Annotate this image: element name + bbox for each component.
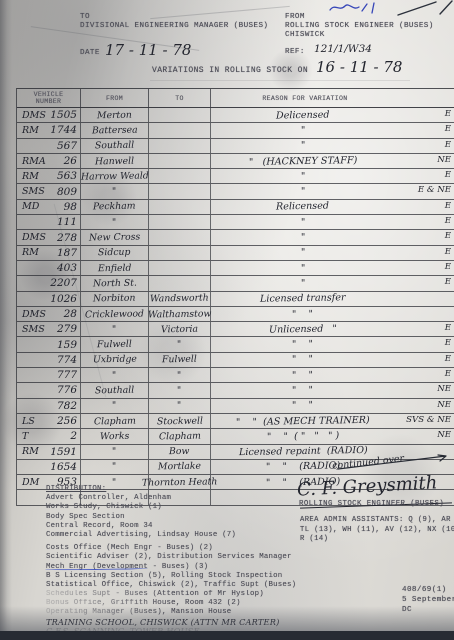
to-garage: ": [177, 385, 181, 396]
distribution-line: Scientific Adviser (2), Distribution Ser…: [46, 553, 346, 562]
date-label: DATE: [80, 49, 100, 57]
variation-reason: Licensed transfer: [260, 292, 346, 304]
entitlement-code: E: [445, 140, 451, 150]
vehicle-number: 774: [57, 354, 77, 366]
from-garage: ": [112, 370, 116, 381]
vehicle-class: T: [22, 431, 28, 442]
entitlement-code: E: [445, 338, 451, 348]
variation-reason: " ": [292, 385, 313, 396]
from-garage: ": [112, 186, 116, 197]
from-garage: Fulwell: [97, 339, 132, 351]
entitlement-code: E: [445, 262, 451, 272]
vehicle-number: 567: [57, 140, 77, 152]
vehicle-number: 279: [57, 323, 77, 335]
entitlement-code: NE: [437, 400, 451, 410]
vehicle-number: 1654: [50, 461, 77, 473]
vehicle-class: DMS: [22, 232, 46, 243]
table-row: RM 1744 Battersea " E: [17, 123, 454, 138]
variation-reason: ": [301, 171, 306, 182]
continued-arrow-icon: [336, 450, 454, 472]
vehicle-class: LS: [22, 416, 35, 427]
col-header-reason: REASON FOR VARIATION: [211, 89, 454, 107]
variation-reason: Delicensed: [276, 109, 330, 121]
vehicle-number: 1505: [50, 109, 77, 121]
variation-reason: ": [301, 140, 306, 151]
vehicle-number: 1026: [50, 293, 77, 305]
distribution-line: Costs Office (Mech Engr - Buses) (2): [46, 544, 346, 553]
entitlement-code: E: [445, 216, 451, 226]
from-garage: Harrow Weald: [81, 170, 149, 182]
vehicle-class: DMS: [22, 309, 46, 320]
distribution-line: Statistical Office, Chiswick (2), Traffi…: [46, 581, 346, 590]
entitlement-code: E: [445, 109, 451, 119]
vehicle-class: RM: [22, 171, 39, 182]
entitlement-code: NE: [437, 430, 451, 440]
vehicle-number: 278: [57, 232, 77, 244]
table-row: 111 " " E: [17, 215, 454, 230]
vehicle-number: 782: [57, 400, 77, 412]
vehicle-number: 2207: [50, 277, 77, 289]
variation-reason: " ": [292, 339, 313, 350]
vehicle-number: 187: [57, 247, 77, 259]
vehicle-class: DM: [22, 477, 39, 488]
from-garage: Clapham: [93, 415, 135, 427]
vehicle-class: SMS: [22, 324, 45, 335]
variation-reason: " " ( " " " ): [267, 430, 339, 442]
variation-reason: " ": [292, 308, 313, 319]
distribution-line: Body Spec Section: [46, 513, 346, 522]
from-garage: Enfield: [98, 262, 132, 274]
variation-reason: ": [301, 278, 306, 289]
table-row: RM 187 Sidcup " E: [17, 246, 454, 261]
from-garage: Southall: [95, 140, 134, 152]
entitlement-code: NE: [437, 384, 451, 394]
variation-reason: ": [301, 217, 306, 228]
vehicle-number: 111: [57, 216, 77, 228]
entitlement-code: E: [445, 323, 451, 333]
variation-reason: Relicensed: [276, 201, 329, 213]
distribution-line: Works Study, Chiswick (1): [46, 503, 346, 512]
vehicle-class: SMS: [22, 186, 45, 197]
table-header-row: VEHICLE NUMBER FROM TO REASON FOR VARIAT…: [17, 89, 454, 108]
distribution-line: Schedules Supt - Buses (Attention of Mr …: [46, 590, 346, 599]
vehicle-number: 777: [57, 369, 77, 381]
entitlement-code: E: [445, 354, 451, 364]
to-garage: Bow: [169, 446, 190, 457]
variations-table: VEHICLE NUMBER FROM TO REASON FOR VARIAT…: [16, 88, 454, 506]
vehicle-class: RMA: [22, 156, 46, 167]
table-row: 1026 Norbiton Wandsworth Licensed transf…: [17, 292, 454, 307]
variation-reason: " ": [292, 370, 313, 381]
scanned-memo-page: TO DIVISIONAL ENGINEERING MANAGER (BUSES…: [0, 0, 454, 640]
distribution-line: B S Licensing Section (5), Rolling Stock…: [46, 572, 346, 581]
distribution-line: Advert Controller, Aldenham: [46, 494, 346, 503]
table-row: 159 Fulwell " " " E: [17, 337, 454, 352]
variation-reason: ": [301, 247, 306, 258]
to-garage: Fulwell: [162, 354, 197, 366]
from-garage: Peckham: [93, 201, 136, 213]
vehicle-number: 1744: [50, 124, 77, 136]
from-garage: ": [112, 217, 116, 228]
pen-scribble-icon: [328, 1, 376, 15]
entitlement-code: E: [445, 369, 451, 379]
to-garage: ": [177, 339, 181, 350]
scan-bottom-edge: [0, 631, 454, 640]
table-row: 782 " " " " NE: [17, 399, 454, 414]
to-garage: Clapham: [158, 431, 200, 443]
table-row: 403 Enfield " E: [17, 261, 454, 276]
from-garage: Southall: [95, 385, 134, 397]
entitlement-code: E: [445, 247, 451, 257]
to-garage: Walthamstow: [148, 308, 212, 320]
vehicle-number: 403: [57, 262, 77, 274]
from-garage: New Cross: [89, 232, 140, 244]
vehicle-number: 809: [57, 186, 77, 198]
col-header-vehicle-number: VEHICLE NUMBER: [17, 89, 81, 107]
table-row: 2207 North St. " E: [17, 276, 454, 291]
from-label: FROM: [285, 13, 305, 21]
to-garage: Victoria: [161, 323, 198, 335]
to-garage: Stockwell: [156, 415, 202, 427]
from-garage: Battersea: [92, 125, 138, 137]
bottom-page-shadow: [0, 606, 454, 632]
entitlement-code: E: [445, 231, 451, 241]
date-value-handwritten: 17 - 11 - 78: [105, 41, 191, 59]
from-garage: North St.: [92, 278, 136, 290]
vehicle-number: 776: [57, 384, 77, 396]
entitlement-code: SVS & NE: [406, 415, 451, 425]
variation-reason: ": [301, 125, 306, 136]
memo-title-date: 16 - 11 - 78: [316, 58, 402, 76]
vehicle-number: 1591: [50, 446, 77, 458]
table-row: T 2 Works Clapham " " ( " " " ) NE: [17, 429, 454, 444]
table-row: SMS 279 " Victoria Unlicensed " E: [17, 322, 454, 337]
entitlement-code: E & NE: [418, 185, 451, 195]
entitlement-code: E: [445, 170, 451, 180]
distribution-line: Central Record, Room 34: [46, 522, 346, 531]
vehicle-number: 256: [57, 415, 77, 427]
from-garage: Norbiton: [93, 293, 136, 305]
table-row: DMS 278 New Cross " E: [17, 230, 454, 245]
vehicle-class: RM: [22, 125, 39, 136]
variation-reason: " " (RADIO): [266, 461, 340, 473]
entitlement-code: E: [445, 124, 451, 134]
to-garage: ": [177, 400, 181, 411]
vehicle-class: MD: [22, 201, 39, 212]
variation-reason: " ": [292, 400, 313, 411]
table-row: DMS 1505 Merton Delicensed E: [17, 108, 454, 123]
variation-reason: Unlicensed ": [269, 323, 337, 335]
distribution-line: Commercial Advertising, Lindsay House (7…: [46, 531, 346, 540]
table-body: DMS 1505 Merton Delicensed E RM 1744 Bat…: [17, 108, 454, 506]
vehicle-number: 159: [57, 339, 77, 351]
to-garage: Mortlake: [158, 461, 201, 473]
footer-date: 5 September 1977: [402, 596, 454, 604]
vehicle-number: 28: [64, 308, 77, 320]
from-garage: ": [112, 400, 116, 411]
from-garage: Works: [100, 431, 130, 443]
table-row: RM 563 Harrow Weald " E: [17, 169, 454, 184]
variation-reason: " (HACKNEY STAFF): [249, 155, 358, 168]
table-row: MD 98 Peckham Relicensed E: [17, 200, 454, 215]
table-row: 774 Uxbridge Fulwell " " E: [17, 353, 454, 368]
col-header-to: TO: [149, 89, 211, 107]
entitlement-code: NE: [437, 155, 451, 165]
variation-reason: ": [301, 263, 306, 274]
vehicle-class: RM: [22, 446, 39, 457]
variation-reason: " " (AS MECH TRAINER): [236, 414, 370, 427]
variation-reason: ": [301, 186, 306, 197]
distribution-line: DISTRIBUTION:: [46, 485, 346, 494]
from-garage: Sidcup: [98, 247, 131, 259]
vehicle-class: DMS: [22, 110, 46, 121]
footer-ref: 408/69(1): [402, 586, 447, 594]
table-row: LS 256 Clapham Stockwell " " (AS MECH TR…: [17, 414, 454, 429]
col-header-from: FROM: [81, 89, 149, 107]
pen-stroke-icon: [396, 0, 454, 16]
to-garage: Wandsworth: [150, 293, 209, 305]
to-garage: ": [177, 370, 181, 381]
to-label: TO: [80, 13, 90, 21]
entitlement-code: E: [445, 277, 451, 287]
from-garage: Hanwell: [95, 155, 134, 167]
table-row: RMA 26 Hanwell " (HACKNEY STAFF) NE: [17, 154, 454, 169]
variation-reason: " ": [292, 354, 313, 365]
from-garage: Cricklewood: [85, 308, 144, 320]
vehicle-number: 2: [70, 430, 77, 442]
table-row: DMS 28 Cricklewood Walthamstow " ": [17, 307, 454, 322]
table-row: 777 " " " " E: [17, 368, 454, 383]
table-row: 567 Southall " E: [17, 139, 454, 154]
memo-title: VARIATIONS IN ROLLING STOCK ON: [152, 66, 308, 75]
entitlement-code: E: [445, 201, 451, 211]
vehicle-class: RM: [22, 247, 39, 258]
from-garage: ": [112, 446, 116, 457]
vehicle-number: 563: [57, 170, 77, 182]
from-garage: ": [112, 324, 116, 335]
vehicle-number: 26: [64, 155, 77, 167]
from-location: CHISWICK: [285, 31, 325, 39]
from-value: ROLLING STOCK ENGINEER (BUSES): [285, 22, 434, 30]
vehicle-number: 98: [64, 201, 77, 213]
ref-label: REF:: [285, 48, 305, 56]
title-underline: [150, 80, 410, 81]
paper-left-shadow: [0, 0, 12, 640]
to-value: DIVISIONAL ENGINEERING MANAGER (BUSES): [80, 22, 268, 30]
from-garage: Uxbridge: [92, 354, 136, 366]
table-row: 776 Southall " " " NE: [17, 383, 454, 398]
variation-reason: ": [301, 232, 306, 243]
ref-value-handwritten: 121/1/W34: [314, 43, 372, 55]
from-garage: ": [112, 461, 116, 472]
table-row: SMS 809 " " E & NE: [17, 184, 454, 199]
from-garage: Merton: [97, 109, 132, 121]
